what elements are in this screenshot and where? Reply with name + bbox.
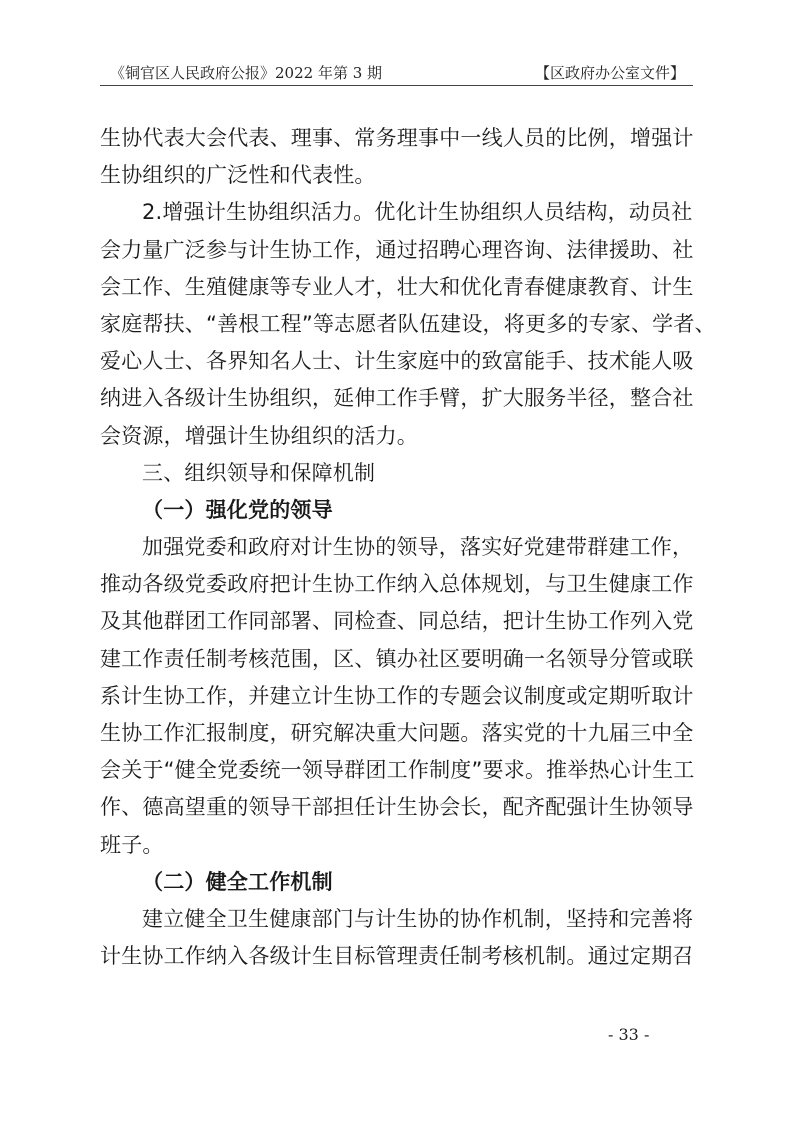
- text-line: 建工作责任制考核范围，区、镇办社区要明确一名领导分管或联: [100, 641, 700, 678]
- text-line: 纳进入各级计生协组织，延伸工作手臂，扩大服务半径，整合社: [100, 380, 700, 417]
- text-line: 班子。: [100, 827, 700, 864]
- subsection-heading: （一）强化党的领导: [100, 492, 700, 529]
- text-line: 会关于“健全党委统一领导群团工作制度”要求。推举热心计生工: [100, 752, 700, 789]
- text-line: 会工作、生殖健康等专业人才，壮大和优化青春健康教育、计生: [100, 269, 700, 306]
- page-number: - 33 -: [608, 1025, 649, 1044]
- text-line: 计生协工作纳入各级计生目标管理责任制考核机制。通过定期召: [100, 938, 700, 975]
- publication-title: 《铜官区人民政府公报》2022 年第 3 期: [110, 62, 382, 83]
- paragraph-heading-numbered: 2.增强计生协组织活力。优化计生协组织人员结构，动员社: [100, 194, 700, 231]
- text-line: 及其他群团工作同部署、同检查、同总结，把计生协工作列入党: [100, 603, 700, 640]
- running-header: 《铜官区人民政府公报》2022 年第 3 期 【区政府办公室文件】: [100, 62, 693, 84]
- text-line: 爱心人士、各界知名人士、计生家庭中的致富能手、技术能人吸: [100, 343, 700, 380]
- text-line: 会力量广泛参与计生协工作，通过招聘心理咨询、法律援助、社: [100, 232, 700, 269]
- text-line: 生协组织的广泛性和代表性。: [100, 157, 700, 194]
- text-line: 生协代表大会代表、理事、常务理事中一线人员的比例，增强计: [100, 120, 700, 157]
- header-divider: [100, 85, 693, 86]
- body-text: 生协代表大会代表、理事、常务理事中一线人员的比例，增强计 生协组织的广泛性和代表…: [100, 120, 700, 975]
- text-line: 作、德高望重的领导干部担任计生协会长，配齐配强计生协领导: [100, 789, 700, 826]
- text-line: 推动各级党委政府把计生协工作纳入总体规划，与卫生健康工作: [100, 566, 700, 603]
- text-line: 会资源，增强计生协组织的活力。: [100, 418, 700, 455]
- section-heading: 三、组织领导和保障机制: [100, 455, 700, 492]
- text-line: 家庭帮扶、“善根工程”等志愿者队伍建设，将更多的专家、学者、: [100, 306, 700, 343]
- text-line: 建立健全卫生健康部门与计生协的协作机制，坚持和完善将: [100, 901, 700, 938]
- section-label: 【区政府办公室文件】: [535, 62, 685, 83]
- text-line: 加强党委和政府对计生协的领导，落实好党建带群建工作，: [100, 529, 700, 566]
- subsection-heading: （二）健全工作机制: [100, 864, 700, 901]
- text-line: 系计生协工作，并建立计生协工作的专题会议制度或定期听取计: [100, 678, 700, 715]
- text-line: 生协工作汇报制度，研究解决重大问题。落实党的十九届三中全: [100, 715, 700, 752]
